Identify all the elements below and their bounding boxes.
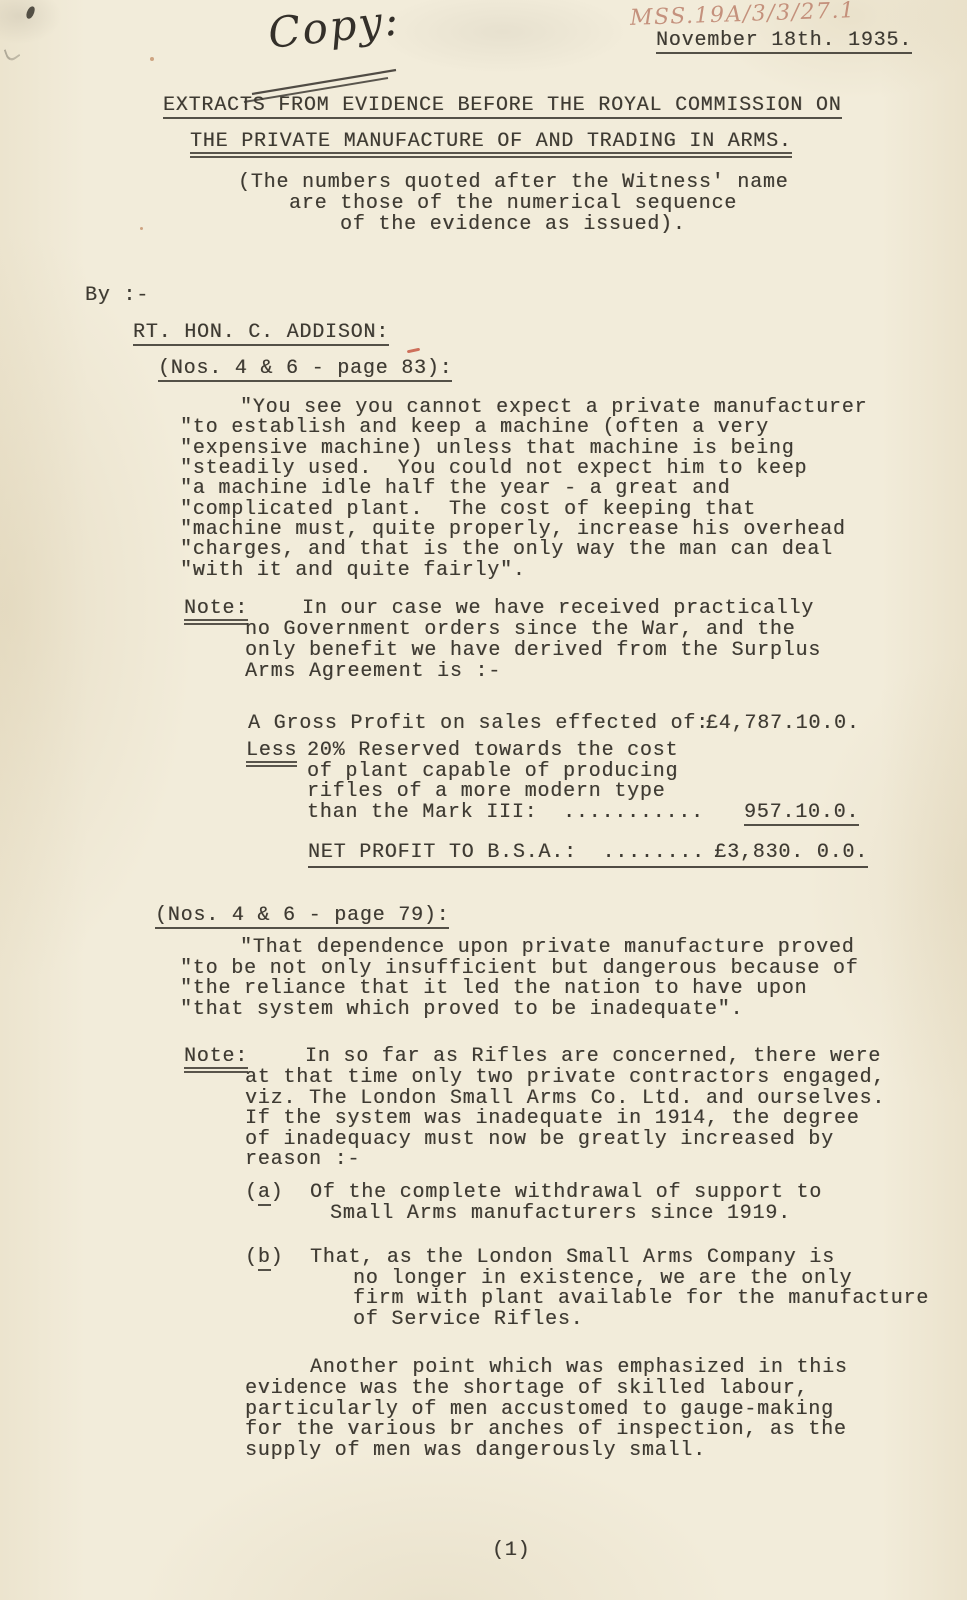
gross-profit-label: A Gross Profit on sales effected of: bbox=[248, 713, 709, 734]
page-number: (1) bbox=[492, 1540, 530, 1561]
document-date: November 18th. 1935. bbox=[656, 30, 912, 54]
quote-line: "to be not only insufficient but dangero… bbox=[180, 958, 859, 979]
handwritten-copy-label: Copy: bbox=[266, 0, 403, 58]
item-line: That, as the London Small Arms Company i… bbox=[310, 1247, 835, 1268]
witness-name: RT. HON. C. ADDISON: bbox=[133, 322, 389, 346]
closing-line: Another point which was emphasized in th… bbox=[310, 1357, 848, 1378]
subtitle-line: are those of the numerical sequence bbox=[289, 193, 737, 214]
archive-reference-pencil: MSS.19A/3/3/27.1 bbox=[630, 0, 856, 31]
note-line: viz. The London Small Arms Co. Ltd. and … bbox=[245, 1088, 885, 1109]
note-line: only benefit we have derived from the Su… bbox=[245, 640, 821, 661]
title-line-2: THE PRIVATE MANUFACTURE OF AND TRADING I… bbox=[190, 131, 792, 158]
title-line-1: EXTRACTS FROM EVIDENCE BEFORE THE ROYAL … bbox=[163, 95, 842, 119]
quote-line: "You see you cannot expect a private man… bbox=[240, 397, 867, 418]
net-profit-amount: £3,830. 0.0. bbox=[714, 842, 868, 863]
item-line: of Service Rifles. bbox=[353, 1309, 583, 1330]
item-line: Small Arms manufacturers since 1919. bbox=[330, 1203, 791, 1224]
net-profit-row: NET PROFIT TO B.S.A.: ........ £3,830. 0… bbox=[308, 842, 868, 868]
item-line: no longer in existence, we are the only bbox=[353, 1268, 852, 1289]
section1-heading: (Nos. 4 & 6 - page 83): bbox=[158, 358, 452, 382]
note-line: In so far as Rifles are concerned, there… bbox=[305, 1046, 881, 1067]
note-line: If the system was inadequate in 1914, th… bbox=[245, 1108, 860, 1129]
less-line: 20% Reserved towards the cost bbox=[307, 740, 678, 761]
subtitle-line: (The numbers quoted after the Witness' n… bbox=[238, 172, 788, 193]
subtitle-line: of the evidence as issued). bbox=[340, 214, 686, 235]
less-amount: 957.10.0. bbox=[744, 802, 859, 826]
quote-line: "charges, and that is the only way the m… bbox=[180, 539, 833, 560]
item-a-marker: (a) bbox=[245, 1182, 283, 1203]
note-label: Note: bbox=[184, 598, 248, 625]
item-b-marker: (b) bbox=[245, 1247, 283, 1268]
paren-open: ( bbox=[245, 1181, 258, 1204]
pencil-mark bbox=[4, 42, 20, 64]
ink-speck bbox=[25, 5, 36, 20]
rust-speck bbox=[140, 227, 143, 230]
item-letter: b bbox=[258, 1246, 271, 1271]
rust-speck bbox=[150, 57, 154, 61]
paren-close: ) bbox=[271, 1181, 284, 1204]
closing-line: evidence was the shortage of skilled lab… bbox=[245, 1378, 808, 1399]
note-line: Arms Agreement is :- bbox=[245, 661, 501, 682]
item-line: Of the complete withdrawal of support to bbox=[310, 1182, 822, 1203]
closing-line: particularly of men accustomed to gauge-… bbox=[245, 1399, 834, 1420]
quote-line: "a machine idle half the year - a great … bbox=[180, 478, 730, 499]
note-line: reason :- bbox=[245, 1149, 360, 1170]
note-line: In our case we have received practically bbox=[302, 598, 814, 619]
red-pencil-tick bbox=[407, 348, 420, 354]
quote-line: "the reliance that it led the nation to … bbox=[180, 978, 807, 999]
item-letter: a bbox=[258, 1181, 271, 1206]
less-line: of plant capable of producing bbox=[307, 761, 678, 782]
quote-line: "to establish and keep a machine (often … bbox=[180, 417, 769, 438]
note-line: no Government orders since the War, and … bbox=[245, 619, 795, 640]
quote-line: "expensive machine) unless that machine … bbox=[180, 438, 795, 459]
note-label: Note: bbox=[184, 1046, 248, 1073]
document-page: Copy: MSS.19A/3/3/27.1 November 18th. 19… bbox=[0, 0, 967, 1600]
closing-line: supply of men was dangerously small. bbox=[245, 1440, 706, 1461]
paren-close: ) bbox=[271, 1246, 284, 1269]
less-line: than the Mark III: ........... bbox=[307, 802, 704, 823]
note-line: of inadequacy must now be greatly increa… bbox=[245, 1129, 834, 1150]
quote-line: "complicated plant. The cost of keeping … bbox=[180, 499, 756, 520]
quote-line: "with it and quite fairly". bbox=[180, 560, 526, 581]
item-line: firm with plant available for the manufa… bbox=[353, 1288, 929, 1309]
net-profit-label: NET PROFIT TO B.S.A.: ........ bbox=[308, 842, 705, 863]
by-label: By :- bbox=[85, 285, 149, 306]
less-line: rifles of a more modern type bbox=[307, 781, 665, 802]
paren-open: ( bbox=[245, 1246, 258, 1269]
quote-line: "That dependence upon private manufactur… bbox=[240, 937, 855, 958]
closing-line: for the various br anches of inspection,… bbox=[245, 1419, 847, 1440]
quote-line: "machine must, quite properly, increase … bbox=[180, 519, 846, 540]
less-label: Less bbox=[246, 740, 297, 767]
quote-line: "steadily used. You could not expect him… bbox=[180, 458, 807, 479]
note-line: at that time only two private contractor… bbox=[245, 1067, 885, 1088]
gross-profit-amount: £4,787.10.0. bbox=[706, 713, 860, 734]
quote-line: "that system which proved to be inadequa… bbox=[180, 999, 743, 1020]
section2-heading: (Nos. 4 & 6 - page 79): bbox=[155, 905, 449, 929]
